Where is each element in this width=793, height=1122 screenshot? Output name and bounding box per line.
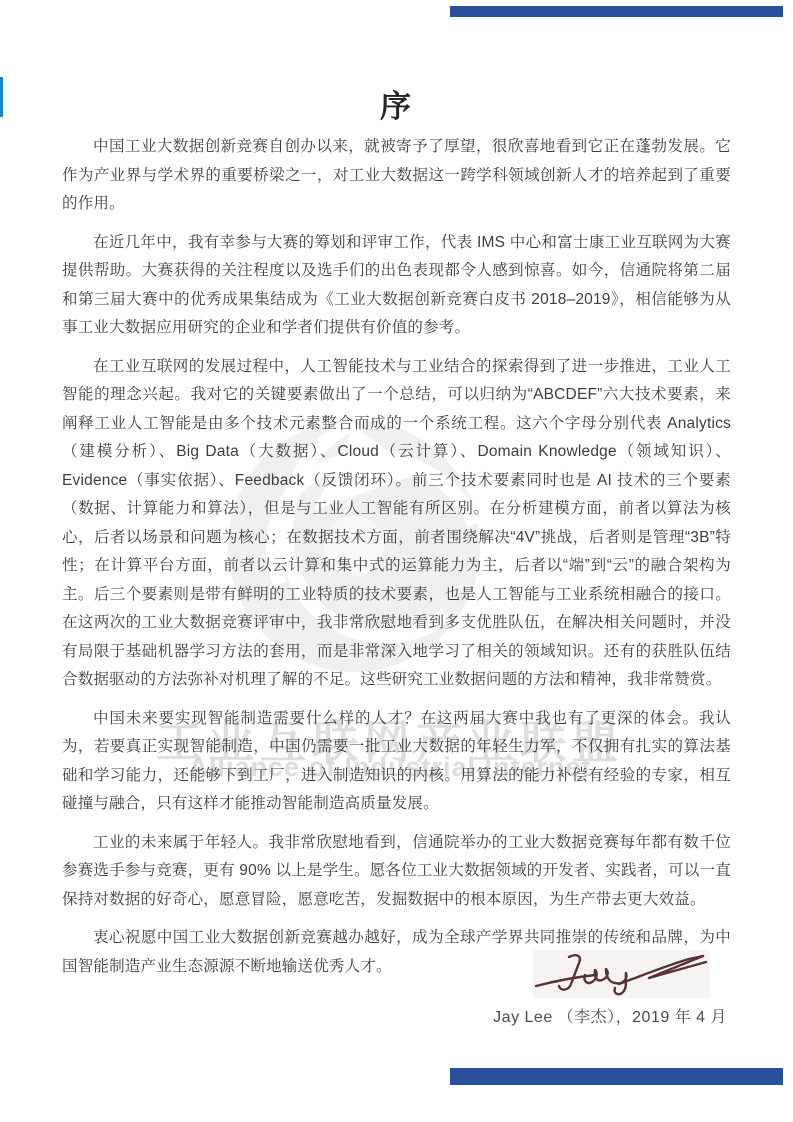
top-decorative-rule bbox=[450, 6, 783, 17]
signature-script-jay bbox=[533, 950, 710, 998]
preface-page: 工业互联网产业联盟 Alliance of Industrial Interne… bbox=[0, 0, 793, 1122]
preface-body: 中国工业大数据创新竞赛自创办以来，就被寄予了厚望，很欣喜地看到它正在蓬勃发展。它… bbox=[62, 133, 731, 991]
signature-image bbox=[533, 950, 710, 998]
bottom-decorative-rule bbox=[450, 1068, 783, 1085]
paragraph: 在工业互联网的发展过程中，人工智能技术与工业结合的探索得到了进一步推进，工业人工… bbox=[62, 353, 731, 695]
page-title: 序 bbox=[0, 81, 793, 126]
paragraph: 在近几年中，我有幸参与大赛的筹划和评审工作，代表 IMS 中心和富士康工业互联网… bbox=[62, 229, 731, 343]
signature-caption: Jay Lee （李杰），2019 年 4 月 bbox=[493, 1004, 727, 1027]
paragraph: 中国未来要实现智能制造需要什么样的人才？在这两届大赛中我也有了更深的体会。我认为… bbox=[62, 705, 731, 819]
paragraph: 工业的未来属于年轻人。我非常欣慰地看到，信通院举办的工业大数据竞赛每年都有数千位… bbox=[62, 829, 731, 915]
paragraph: 中国工业大数据创新竞赛自创办以来，就被寄予了厚望，很欣喜地看到它正在蓬勃发展。它… bbox=[62, 133, 731, 219]
